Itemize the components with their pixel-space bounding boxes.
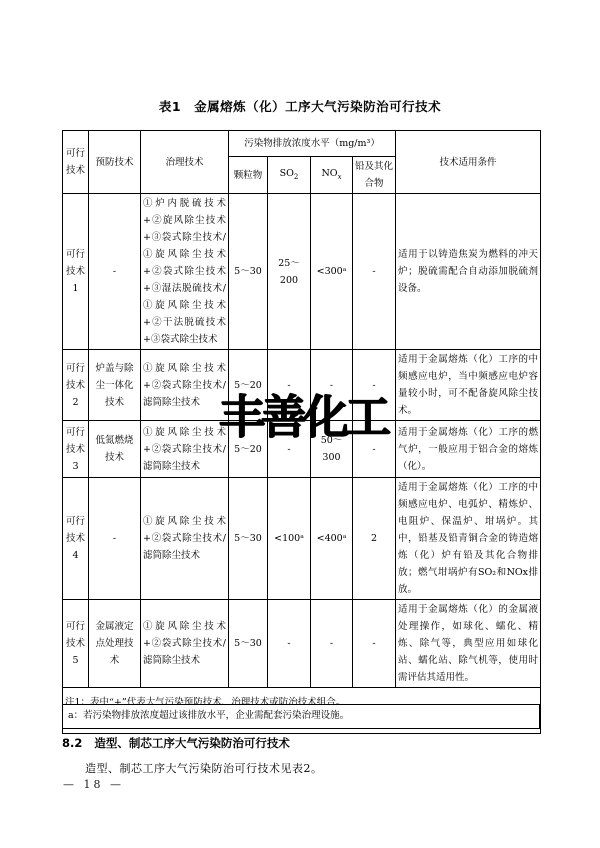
table-row: 可行技术4 - ①旋风除尘技术+②袋式除尘技术/滤筒除尘技术 5～30 <100… xyxy=(63,478,541,600)
so2-subscript: 2 xyxy=(294,172,298,180)
col-header-nox: NOx xyxy=(311,157,353,194)
document-page: 表1 金属熔炼（化）工序大气污染防治可行技术 可行技术 预防技术 治理技术 污染… xyxy=(0,0,600,848)
prevention-cell: 金属液定点处理技术 xyxy=(89,600,141,688)
row-label: 可行技术4 xyxy=(63,478,89,600)
so2-label: SO xyxy=(280,168,294,179)
conditions-cell: 适用于金属熔炼（化）工序的中频感应电炉、电弧炉、精炼炉、电阻炉、保温炉、坩埚炉。… xyxy=(396,478,541,600)
treatment-cell: ①旋风除尘技术+②袋式除尘技术/滤筒除尘技术 xyxy=(141,350,229,421)
nox-cell: <400ᵃ xyxy=(311,478,353,600)
nox-label: NO xyxy=(321,168,337,179)
page-number: — 18 — xyxy=(63,778,124,791)
row-label: 可行技术2 xyxy=(63,350,89,421)
lead-cell: 2 xyxy=(353,478,396,600)
row-label: 可行技术1 xyxy=(63,194,89,350)
prevention-cell: - xyxy=(89,194,141,350)
section-paragraph: 造型、制芯工序大气污染防治可行技术见表2。 xyxy=(85,760,323,776)
prevention-cell: 炉盖与除尘一体化技术 xyxy=(89,350,141,421)
row-label: 可行技术3 xyxy=(63,421,89,478)
conditions-cell: 适用于以铸造焦炭为燃料的冲天炉；脱硫需配合自动添加脱硫剂设备。 xyxy=(396,194,541,350)
pm-cell: 5～30 xyxy=(229,478,268,600)
conditions-cell: 适用于金属熔炼（化）工序的燃气炉，一般应用于铝合金的熔炼（化）。 xyxy=(396,421,541,478)
nox-subscript: x xyxy=(338,172,342,180)
table-row: 可行技术5 金属液定点处理技术 ①旋风除尘技术+②袋式除尘技术/滤筒除尘技术 5… xyxy=(63,600,541,688)
treatment-cell: ①炉内脱硫技术+②旋风除尘技术+③袋式除尘技术/①旋风除尘技术+②袋式除尘技术+… xyxy=(141,194,229,350)
col-header-particulate: 颗粒物 xyxy=(229,157,268,194)
so2-cell: - xyxy=(268,600,311,688)
col-header-prevention: 预防技术 xyxy=(89,131,141,194)
col-header-emission-group: 污染物排放浓度水平（mg/m³） xyxy=(229,131,396,157)
so2-cell: 25～200 xyxy=(268,194,311,350)
lead-cell: - xyxy=(353,600,396,688)
treatment-cell: ①旋风除尘技术+②袋式除尘技术/滤筒除尘技术 xyxy=(141,478,229,600)
lead-cell: - xyxy=(353,194,396,350)
col-header-lead: 铅及其化合物 xyxy=(353,157,396,194)
nox-cell: - xyxy=(311,600,353,688)
table-row: 可行技术1 - ①炉内脱硫技术+②旋风除尘技术+③袋式除尘技术/①旋风除尘技术+… xyxy=(63,194,541,350)
treatment-cell: ①旋风除尘技术+②袋式除尘技术/滤筒除尘技术 xyxy=(141,600,229,688)
table-title: 表1 金属熔炼（化）工序大气污染防治可行技术 xyxy=(0,97,600,115)
section-title: 造型、制芯工序大气污染防治可行技术 xyxy=(94,736,290,750)
section-number: 8.2 xyxy=(62,736,82,750)
pm-cell: 5～30 xyxy=(229,600,268,688)
col-header-so2: SO2 xyxy=(268,157,311,194)
nox-cell: <300ᵃ xyxy=(311,194,353,350)
pm-cell: 5～30 xyxy=(229,194,268,350)
col-header-treatment: 治理技术 xyxy=(141,131,229,194)
section-heading: 8.2造型、制芯工序大气污染防治可行技术 xyxy=(62,735,290,751)
row-label: 可行技术5 xyxy=(63,600,89,688)
conditions-cell: 适用于金属熔炼（化）工序的中频感应电炉，当中频感应电炉容量较小时，可不配备旋风除… xyxy=(396,350,541,421)
header-row-top: 可行技术 预防技术 治理技术 污染物排放浓度水平（mg/m³） 技术适用条件 xyxy=(63,131,541,157)
so2-cell: <100ᵃ xyxy=(268,478,311,600)
prevention-cell: - xyxy=(89,478,141,600)
col-header-conditions: 技术适用条件 xyxy=(396,131,541,194)
prevention-cell: 低氮燃烧技术 xyxy=(89,421,141,478)
conditions-cell: 适用于金属熔炼（化）的金属液处理操作，如球化、蠕化、精炼、除气等，典型应用如球化… xyxy=(396,600,541,688)
footnote-a: a：若污染物排放浓度超过该排放水平，企业需配套污染治理设施。 xyxy=(62,704,540,729)
treatment-cell: ①旋风除尘技术+②袋式除尘技术/滤筒除尘技术 xyxy=(141,421,229,478)
col-header-feasible: 可行技术 xyxy=(63,131,89,194)
watermark: 丰善化工 xyxy=(219,392,387,443)
